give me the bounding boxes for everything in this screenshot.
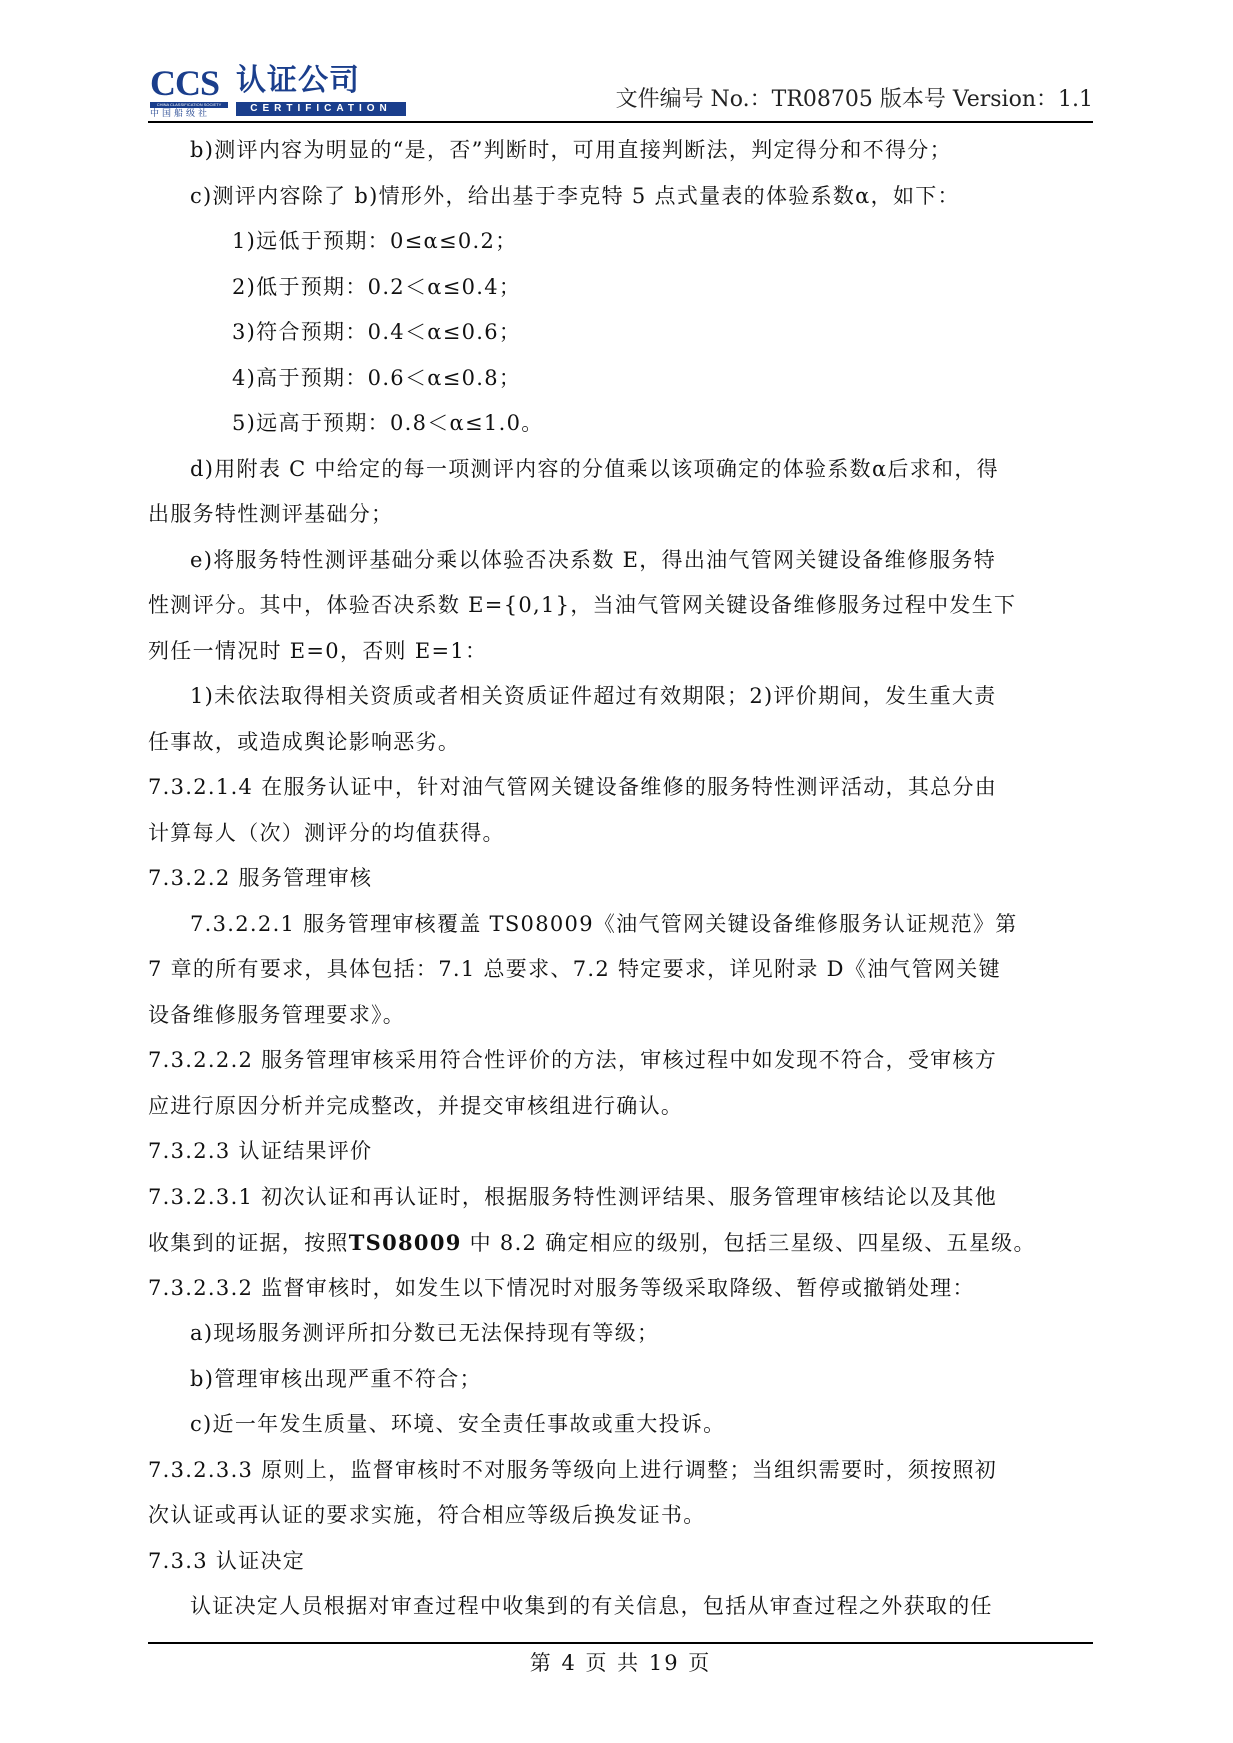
logo-cn-small: 中国船级社 (150, 109, 210, 119)
page-header: CCS CHINA CLASSIFICATION SOCIETY 中国船级社 认… (148, 60, 1093, 120)
paragraph-line: e)将服务特性测评基础分乘以体验否决系数 E，得出油气管网关键设备维修服务特 (148, 538, 1093, 584)
paragraph-line: 收集到的证据，按照TS08009 中 8.2 确定相应的级别，包括三星级、四星级… (148, 1220, 1093, 1266)
logo-certification-band: CERTIFICATION (236, 102, 406, 116)
paragraph-line: 性测评分。其中，体验否决系数 E={0,1}，当油气管网关键设备维修服务过程中发… (148, 583, 1093, 629)
paragraph-line: 应进行原因分析并完成整改，并提交审核组进行确认。 (148, 1084, 1093, 1130)
section-heading-7-3-2-3: 7.3.2.3 认证结果评价 (148, 1129, 1093, 1175)
ccs-certification-logo: CCS CHINA CLASSIFICATION SOCIETY 中国船级社 认… (148, 64, 408, 120)
paragraph-line: 计算每人（次）测评分的均值获得。 (148, 811, 1093, 857)
list-item: 5)远高于预期：0.8＜α≤1.0。 (148, 401, 1093, 447)
section-heading-7-3-2-2: 7.3.2.2 服务管理审核 (148, 856, 1093, 902)
logo-society-band: CHINA CLASSIFICATION SOCIETY (150, 102, 228, 108)
clause-7-3-2-3-3: 7.3.2.3.3 原则上，监督审核时不对服务等级向上进行调整；当组织需要时，须… (148, 1448, 1093, 1494)
standard-reference: TS08009 (349, 1230, 462, 1255)
clause-7-3-2-2-1: 7.3.2.2.1 服务管理审核覆盖 TS08009《油气管网关键设备维修服务认… (148, 902, 1093, 948)
logo-ccs-mark: CCS (150, 64, 219, 102)
paragraph-line: 认证决定人员根据对审查过程中收集到的有关信息，包括从审查过程之外获取的任 (148, 1584, 1093, 1630)
paragraph-line: 次认证或再认证的要求实施，符合相应等级后换发证书。 (148, 1493, 1093, 1539)
logo-cn-name: 认证公司 (236, 64, 360, 98)
paragraph-line: 列任一情况时 E=0，否则 E=1： (148, 629, 1093, 675)
paragraph-line: 7 章的所有要求，具体包括：7.1 总要求、7.2 特定要求，详见附录 D《油气… (148, 947, 1093, 993)
paragraph-line: 任事故，或造成舆论影响恶劣。 (148, 720, 1093, 766)
list-item: 3)符合预期：0.4＜α≤0.6； (148, 310, 1093, 356)
paragraph-line: c)测评内容除了 b)情形外，给出基于李克特 5 点式量表的体验系数α，如下： (148, 174, 1093, 220)
list-item: b)管理审核出现严重不符合； (148, 1357, 1093, 1403)
list-item: 4)高于预期：0.6＜α≤0.8； (148, 356, 1093, 402)
paragraph-line: d)用附表 C 中给定的每一项测评内容的分值乘以该项确定的体验系数α后求和，得 (148, 447, 1093, 493)
clause-7-3-2-3-1: 7.3.2.3.1 初次认证和再认证时，根据服务特性测评结果、服务管理审核结论以… (148, 1175, 1093, 1221)
clause-7-3-2-3-2: 7.3.2.3.2 监督审核时，如发生以下情况时对服务等级采取降级、暂停或撤销处… (148, 1266, 1093, 1312)
text-span: 中 8.2 确定相应的级别，包括三星级、四星级、五星级。 (470, 1231, 1036, 1255)
list-item: c)近一年发生质量、环境、安全责任事故或重大投诉。 (148, 1402, 1093, 1448)
section-heading-7-3-3: 7.3.3 认证决定 (148, 1539, 1093, 1585)
list-item: 1)远低于预期：0≤α≤0.2； (148, 219, 1093, 265)
header-divider (148, 121, 1093, 123)
clause-7-3-2-2-2: 7.3.2.2.2 服务管理审核采用符合性评价的方法，审核过程中如发现不符合，受… (148, 1038, 1093, 1084)
list-item: 2)低于预期：0.2＜α≤0.4； (148, 265, 1093, 311)
paragraph-line: b)测评内容为明显的“是，否”判断时，可用直接判断法，判定得分和不得分； (148, 128, 1093, 174)
paragraph-line: 设备维修服务管理要求》。 (148, 993, 1093, 1039)
text-span: 收集到的证据，按照 (148, 1231, 349, 1255)
list-item: a)现场服务测评所扣分数已无法保持现有等级； (148, 1311, 1093, 1357)
page-number: 第 4 页 共 19 页 (148, 1648, 1093, 1678)
clause-7-3-2-1-4: 7.3.2.1.4 在服务认证中，针对油气管网关键设备维修的服务特性测评活动，其… (148, 765, 1093, 811)
footer-divider (148, 1642, 1093, 1644)
document-id: 文件编号 No.：TR08705 版本号 Version：1.1 (616, 86, 1093, 114)
paragraph-line: 出服务特性测评基础分； (148, 492, 1093, 538)
paragraph-line: 1)未依法取得相关资质或者相关资质证件超过有效期限；2)评价期间，发生重大责 (148, 674, 1093, 720)
document-body: b)测评内容为明显的“是，否”判断时，可用直接判断法，判定得分和不得分； c)测… (148, 128, 1093, 1630)
